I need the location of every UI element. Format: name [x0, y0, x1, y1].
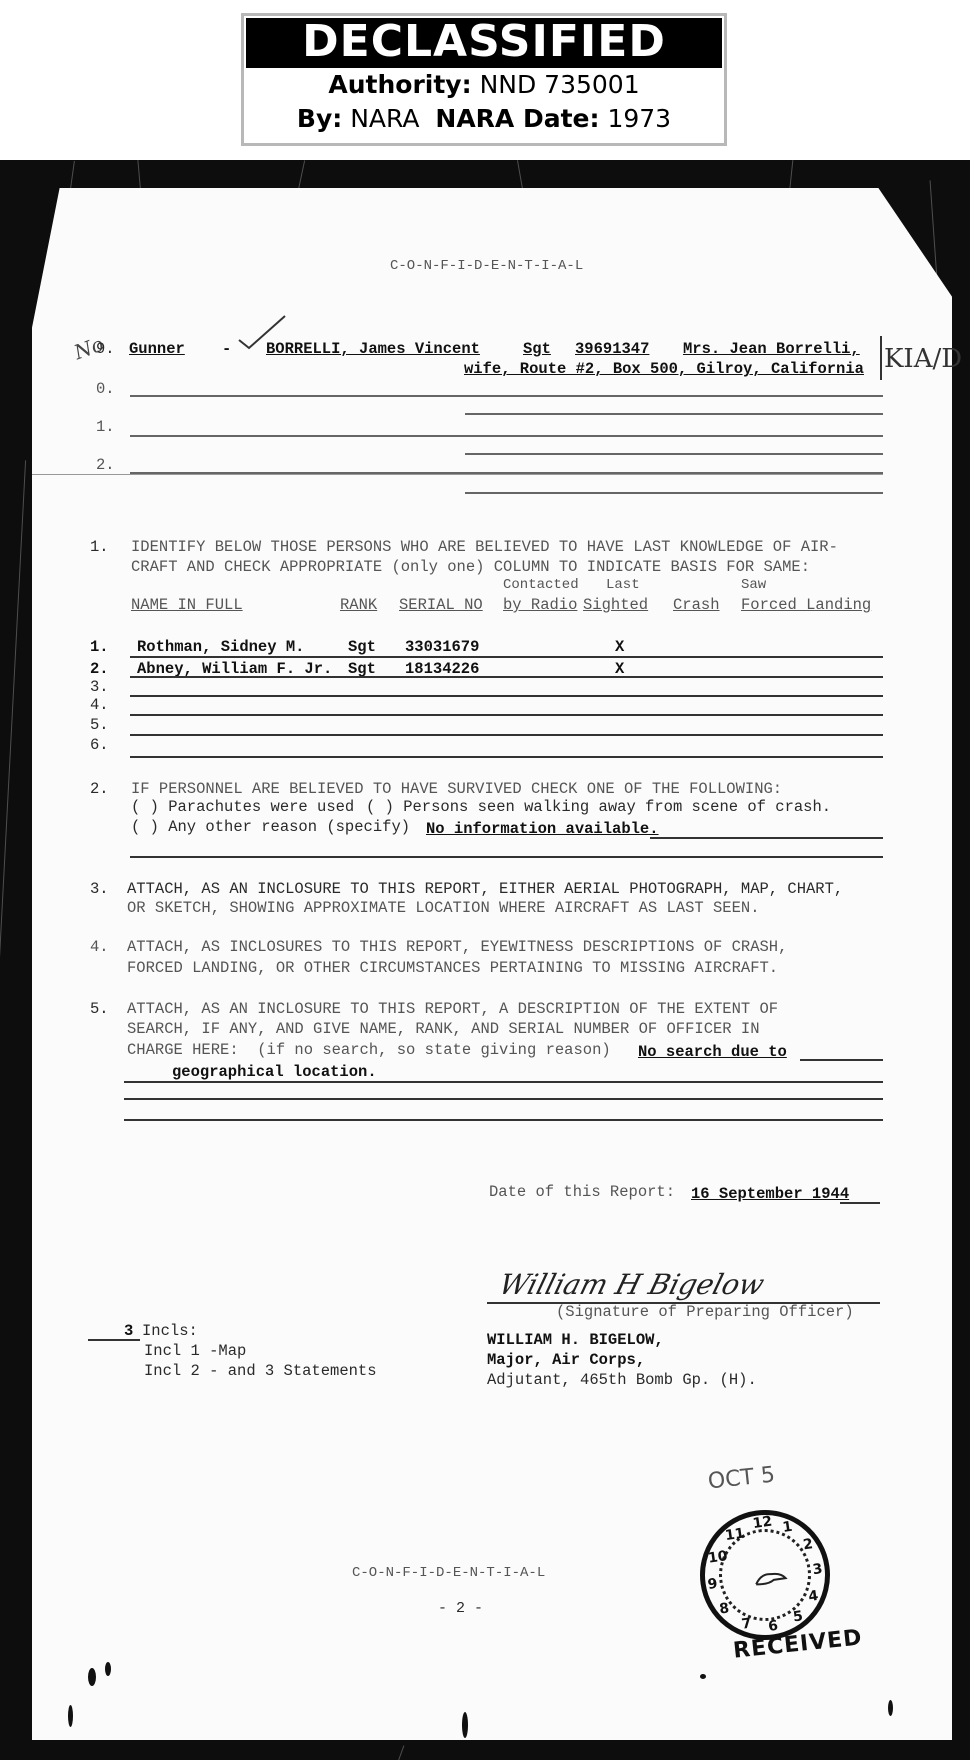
officer-rank: Major, Air Corps,	[487, 1351, 645, 1369]
col-saw-forced-landing-header: Forced Landing	[741, 596, 871, 614]
inclosure-item: Incl 2 - and 3 Statements	[144, 1362, 377, 1380]
blank-line	[130, 472, 883, 474]
col-rank-header: RANK	[340, 596, 377, 614]
inclosure-count-line	[88, 1339, 140, 1341]
answer-line	[130, 856, 883, 858]
blank-line	[465, 413, 883, 415]
col-crash-header: Crash	[673, 596, 720, 614]
crew-serial: 39691347	[575, 340, 649, 358]
crew-next-of-kin-line1: Mrs. Jean Borrelli,	[683, 340, 860, 358]
row-line	[130, 695, 883, 697]
witness-row-number: 1.	[90, 638, 109, 656]
signature-caption: (Signature of Preparing Officer)	[556, 1303, 854, 1321]
witness-row-number: 3.	[90, 678, 109, 696]
officer-title: Adjutant, 465th Bomb Gp. (H).	[487, 1371, 757, 1389]
crew-name: BORRELLI, James Vincent	[266, 340, 480, 358]
answer-line	[124, 1098, 883, 1100]
report-date-value: 16 September 1944	[691, 1185, 849, 1203]
option-walking-away: ( ) Persons seen walking away from scene…	[366, 798, 831, 816]
row-line	[130, 756, 883, 758]
section1-line2: CRAFT AND CHECK APPROPRIATE (only one) C…	[131, 558, 810, 576]
witness-serial: 33031679	[405, 638, 479, 656]
clock-numeral: 4	[807, 1588, 819, 1605]
other-reason-answer: No information available.	[426, 820, 659, 838]
section4-line2: FORCED LANDING, OR OTHER CIRCUMSTANCES P…	[127, 959, 778, 977]
search-answer-part1: No search due to	[638, 1043, 787, 1061]
blank-line	[465, 492, 883, 494]
section3-number: 3.	[90, 880, 109, 898]
scan-speck	[888, 1700, 893, 1716]
nara-date-value: 1973	[607, 104, 671, 133]
clock-numeral: 3	[812, 1561, 824, 1578]
officer-name: WILLIAM H. BIGELOW,	[487, 1331, 664, 1349]
stamp-date-fragment: OCT 5	[707, 1467, 776, 1492]
row-line	[130, 656, 883, 658]
col-contacted-top: Contacted	[503, 576, 579, 594]
witness-name: Rothman, Sidney M.	[137, 638, 304, 656]
col-serial-header: SERIAL NO	[399, 596, 483, 614]
row-line	[130, 714, 883, 716]
section1-number: 1.	[90, 538, 109, 556]
crew-row-number: 9.	[96, 340, 115, 358]
clock-numeral: 11	[724, 1526, 746, 1545]
row-line	[130, 676, 883, 678]
answer-line	[124, 1119, 883, 1121]
inclosure-item: Incl 1 -Map	[144, 1342, 246, 1360]
clock-numeral: 12	[752, 1514, 774, 1533]
report-date-label: Date of this Report:	[489, 1183, 675, 1201]
answer-line	[800, 1059, 883, 1061]
crew-position: Gunner	[129, 340, 185, 358]
col-saw-top: Saw	[741, 576, 766, 594]
col-name-header: NAME IN FULL	[131, 596, 243, 614]
option-other-reason: ( ) Any other reason (specify)	[131, 818, 410, 836]
classification-footer: C-O-N-F-I-D-E-N-T-I-A-L	[352, 1564, 545, 1582]
scan-speck	[462, 1712, 468, 1738]
scan-speck	[105, 1662, 111, 1676]
declassified-banner: DECLASSIFIED Authority: NND 735001 By: N…	[241, 13, 727, 146]
crew-row-number: 1.	[96, 418, 115, 436]
authority-label: Authority:	[328, 70, 471, 99]
section5-line1: ATTACH, AS AN INCLOSURE TO THIS REPORT, …	[127, 1000, 778, 1018]
scan-speck	[700, 1674, 706, 1679]
page-number: - 2 -	[438, 1600, 483, 1618]
scan-speck	[68, 1705, 73, 1727]
clock-numeral: 6	[767, 1618, 779, 1635]
crew-dash: -	[222, 340, 231, 358]
blank-line	[130, 395, 883, 397]
section4-number: 4.	[90, 938, 109, 956]
row-line	[130, 734, 883, 736]
clock-numeral: 5	[792, 1608, 804, 1625]
clock-numeral: 7	[741, 1615, 753, 1632]
section5-line3: CHARGE HERE: (if no search, so state giv…	[127, 1041, 611, 1059]
crew-row-number: 0.	[96, 380, 115, 398]
witness-row-number: 2.	[90, 660, 109, 678]
clock-numeral: 9	[707, 1576, 719, 1593]
clock-numeral: 2	[802, 1536, 814, 1553]
banner-title: DECLASSIFIED	[246, 18, 722, 68]
witness-row-number: 5.	[90, 716, 109, 734]
col-contacted-header: by Radio	[503, 596, 577, 614]
section5-number: 5.	[90, 1000, 109, 1018]
inclosures-label: Incls:	[142, 1322, 198, 1340]
witness-rank: Sgt	[348, 638, 376, 656]
clock-numeral: 8	[718, 1600, 730, 1617]
handwritten-signature: William H Bigelow	[496, 1268, 768, 1301]
section1-line1: IDENTIFY BELOW THOSE PERSONS WHO ARE BEL…	[131, 538, 838, 556]
option-parachutes: ( ) Parachutes were used	[131, 798, 354, 816]
scratch-mark	[397, 1745, 405, 1760]
witness-row-number: 4.	[90, 696, 109, 714]
witness-last-sighted-mark: X	[615, 638, 624, 656]
section4-line1: ATTACH, AS INCLOSURES TO THIS REPORT, EY…	[127, 938, 787, 956]
nara-date-label: NARA Date:	[435, 104, 599, 133]
handwritten-annotation: KIA/D	[884, 344, 962, 374]
witness-row-number: 6.	[90, 736, 109, 754]
authority-value: NND 735001	[480, 70, 640, 99]
inclosure-count: 3	[124, 1322, 133, 1340]
answer-line	[124, 1081, 883, 1083]
crew-rank: Sgt	[523, 340, 551, 358]
scratch-mark	[0, 460, 26, 959]
blank-line	[130, 435, 883, 437]
clock-numeral: 1	[782, 1519, 794, 1536]
classification-header: C-O-N-F-I-D-E-N-T-I-A-L	[390, 257, 583, 275]
col-last-sighted-header: Sighted	[583, 596, 648, 614]
crew-next-of-kin-line2: wife, Route #2, Box 500, Gilroy, Califor…	[464, 360, 864, 378]
search-answer-part2: geographical location.	[172, 1063, 377, 1081]
banner-by: By: NARA NARA Date: 1973	[244, 102, 724, 136]
section5-line2: SEARCH, IF ANY, AND GIVE NAME, RANK, AND…	[127, 1020, 760, 1038]
fold-line	[32, 474, 883, 475]
answer-line	[650, 837, 883, 839]
date-line	[840, 1202, 880, 1204]
bracket-mark	[880, 336, 882, 380]
by-label: By:	[297, 104, 342, 133]
clock-numeral: 10	[707, 1548, 729, 1567]
crew-row-number: 2.	[96, 456, 115, 474]
section3-line1: ATTACH, AS AN INCLOSURE TO THIS REPORT, …	[127, 880, 843, 898]
section2-number: 2.	[90, 780, 109, 798]
by-value: NARA	[350, 104, 419, 133]
banner-authority: Authority: NND 735001	[244, 68, 724, 102]
section3-line2: OR SKETCH, SHOWING APPROXIMATE LOCATION …	[127, 899, 760, 917]
col-last-top: Last	[606, 576, 640, 594]
blank-line	[465, 453, 883, 455]
scan-speck	[88, 1668, 96, 1686]
section2-line1: IF PERSONNEL ARE BELIEVED TO HAVE SURVIV…	[131, 780, 782, 798]
